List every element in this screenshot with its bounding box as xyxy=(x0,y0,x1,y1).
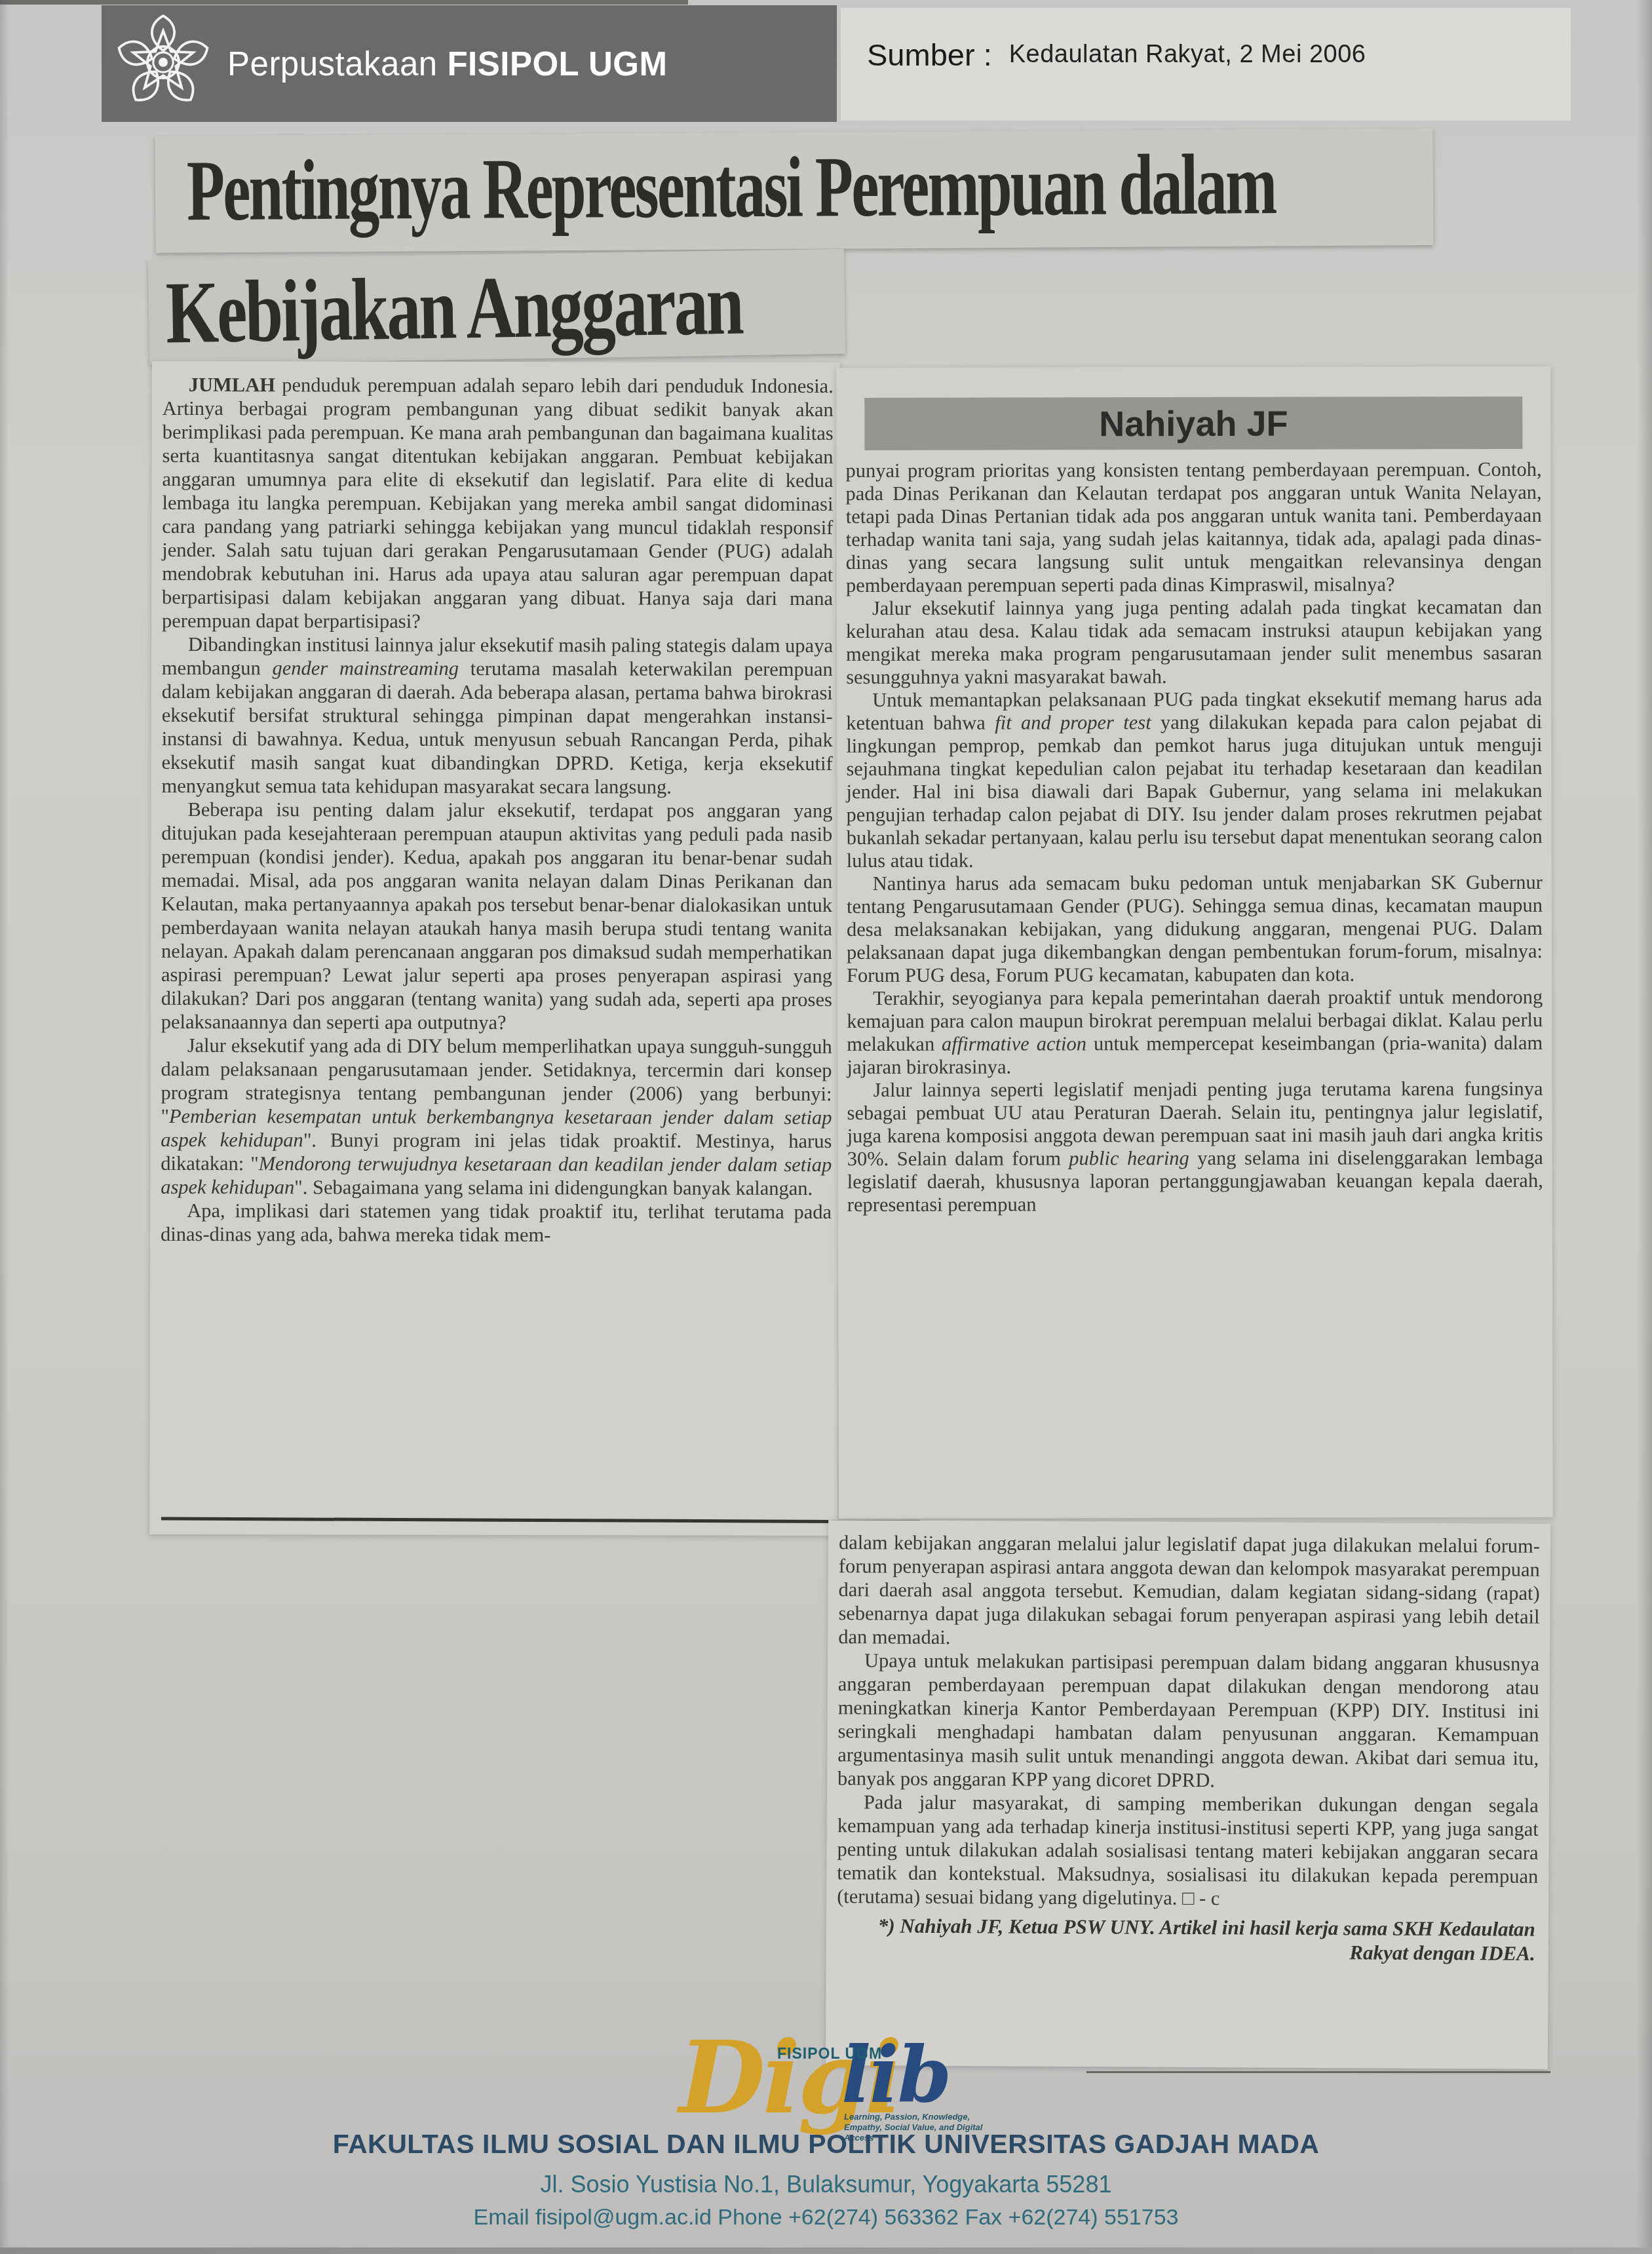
article-paragraph: Untuk memantapkan pelaksanaan PUG pada t… xyxy=(846,688,1543,872)
article-paragraph: Jalur eksekutif yang ada di DIY belum me… xyxy=(161,1034,832,1200)
footer-contact-line: Email fisipol@ugm.ac.id Phone +62(274) 5… xyxy=(0,2205,1652,2230)
right-column-text: punyai program prioritas yang konsisten … xyxy=(845,458,1543,1216)
headline-strip-2: Kebijakan Anggaran xyxy=(148,249,845,365)
digilib-logo-lib: lib xyxy=(841,2029,950,2120)
newspaper-left-column: JUMLAH penduduk perempuan adalah separo … xyxy=(149,361,840,1536)
article-paragraph: Dibandingkan institusi lainnya jalur eks… xyxy=(161,632,833,799)
library-header-banner: Perpustakaan FISIPOL UGM xyxy=(102,5,837,122)
article-paragraph: Terakhir, seyogianya para kepala pemerin… xyxy=(847,986,1543,1079)
article-byline: *) Nahiyah JF, Ketua PSW UNY. Artikel in… xyxy=(837,1913,1535,1966)
headline-line-2: Kebijakan Anggaran xyxy=(165,253,743,363)
article-paragraph: Nantinya harus ada semacam buku pedoman … xyxy=(847,871,1543,987)
author-name-box: Nahiyah JF xyxy=(864,397,1522,450)
scan-edge xyxy=(0,0,688,5)
newspaper-right-column: Nahiyah JF punyai program prioritas yang… xyxy=(836,366,1553,1519)
ugm-logo-icon xyxy=(113,12,213,115)
library-name: Perpustakaan FISIPOL UGM xyxy=(227,45,667,83)
article-paragraph: Pada jalur masyarakat, di samping member… xyxy=(837,1790,1539,1912)
digilib-fisipol-label: FISIPOL UGM xyxy=(777,2045,882,2063)
headline-strip-1: Pentingnya Representasi Perempuan dalam xyxy=(155,128,1433,253)
source-banner: Sumber : Kedaulatan Rakyat, 2 Mei 2006 xyxy=(841,8,1571,121)
article-paragraph: JUMLAH penduduk perempuan adalah separo … xyxy=(162,373,834,634)
footer-address-line: Jl. Sosio Yustisia No.1, Bulaksumur, Yog… xyxy=(0,2171,1652,2198)
newspaper-bottom-block: dalam kebijakan anggaran melalui jalur l… xyxy=(826,1520,1550,2069)
headline-line-1: Pentingnya Representasi Perempuan dalam xyxy=(187,134,1276,241)
footer-faculty-line: FAKULTAS ILMU SOSIAL DAN ILMU POLITIK UN… xyxy=(0,2129,1652,2160)
article-paragraph: Upaya untuk melakukan partisipasi peremp… xyxy=(837,1648,1539,1794)
article-paragraph: Apa, implikasi dari statemen yang tidak … xyxy=(161,1199,832,1247)
source-label: Sumber : xyxy=(867,37,992,73)
article-paragraph: punyai program prioritas yang konsisten … xyxy=(845,458,1541,597)
scan-edge-bottom xyxy=(0,2247,1652,2254)
article-paragraph: Beberapa isu penting dalam jalur eksekut… xyxy=(161,798,833,1035)
left-column-text: JUMLAH penduduk perempuan adalah separo … xyxy=(161,373,834,1247)
scanned-document-page: Perpustakaan FISIPOL UGM Sumber : Kedaul… xyxy=(0,0,1652,2254)
horizontal-rule-bottom xyxy=(1086,2071,1550,2073)
article-paragraph: Jalur eksekutif lainnya yang juga pentin… xyxy=(846,596,1542,689)
article-paragraph: dalam kebijakan anggaran melalui jalur l… xyxy=(838,1530,1540,1652)
source-value: Kedaulatan Rakyat, 2 Mei 2006 xyxy=(1009,41,1366,69)
bottom-block-text: dalam kebijakan anggaran melalui jalur l… xyxy=(837,1530,1540,1912)
article-paragraph: Jalur lainnya seperti legislatif menjadi… xyxy=(847,1078,1543,1216)
